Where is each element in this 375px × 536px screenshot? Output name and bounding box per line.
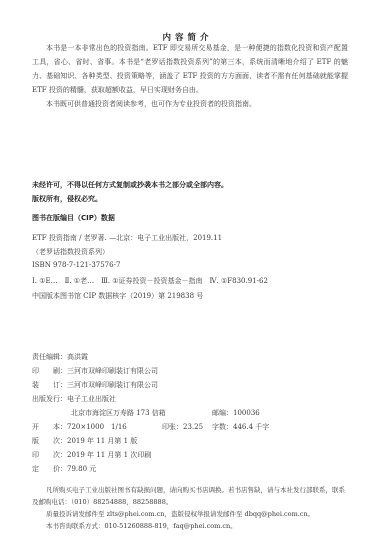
intro-paragraph-2: 本书既可供普通投资者阅读参考，也可作为专业投资者的投资指南。	[32, 97, 348, 111]
publisher-label: 出版发行：	[32, 395, 67, 403]
edition-label: 版 次：	[32, 437, 67, 445]
publisher-value: 电子工业出版社	[67, 395, 116, 403]
postcode-row: 邮编：100036	[212, 407, 260, 419]
words-row: 字数：446.4 千字	[212, 421, 269, 433]
address-row: 北京市海淀区万寿路 173 信箱	[71, 407, 166, 419]
cip-heading: 图书在版编目（CIP）数据	[32, 213, 115, 223]
cip-line-series: （老罗话指数投资系列）	[32, 247, 109, 257]
cip-line-isbn: ISBN 978-7-121-37576-7	[32, 261, 120, 269]
cip-record: 中国版本图书馆 CIP 数据核字（2019）第 219838 号	[32, 291, 203, 301]
format-value: 720×1000 1/16	[67, 423, 127, 431]
notice-contact: 本书咨询联系方式：010-51260888-819，faq@phei.com.c…	[32, 520, 348, 532]
binding-row: 装 订：三河市双峰印刷装订有限公司	[32, 379, 158, 391]
editor-value: 高洪霞	[67, 353, 88, 361]
postcode-value: 100036	[233, 409, 260, 417]
cip-classification: Ⅰ. ①E… Ⅱ. ①老… Ⅲ. ①证券投资－投资基金－指南 Ⅳ. ①F830.…	[32, 276, 268, 286]
price-value: 79.80 元	[67, 465, 96, 473]
price-row: 定 价：79.80 元	[32, 463, 96, 475]
printing-row: 印 刷：三河市双峰印刷装订有限公司	[32, 365, 158, 377]
printing-value: 三河市双峰印刷装订有限公司	[67, 367, 158, 375]
binding-label: 装 订：	[32, 381, 67, 389]
printing-label: 印 刷：	[32, 367, 67, 375]
impression-row: 印 次：2019 年 11 月第 1 次印刷	[32, 449, 151, 461]
publisher-row: 出版发行：电子工业出版社	[32, 393, 116, 405]
format-label: 开 本：	[32, 423, 67, 431]
cip-line-title: ETF 投资指南 / 老罗著. —北京：电子工业出版社，2019.11	[32, 233, 222, 243]
sheets-label: 印张：	[162, 423, 183, 431]
notice-complaints: 质量投诉请发邮件至 zlts@phei.com.cn，盗版侵权举报请发邮件至 d…	[32, 508, 348, 520]
words-value: 446.4 千字	[233, 423, 269, 431]
editor-row: 责任编辑：高洪霞	[32, 351, 88, 363]
sheets-row: 印张：23.25	[162, 421, 203, 433]
edition-value: 2019 年 11 月第 1 版	[67, 437, 137, 445]
edition-row: 版 次：2019 年 11 月第 1 版	[32, 435, 137, 447]
binding-value: 三河市双峰印刷装订有限公司	[67, 381, 158, 389]
notice-returns: 凡所购买电子工业出版社图书有缺损问题，请向购买书店调换。若书店售缺，请与本社发行…	[32, 484, 348, 508]
impression-label: 印 次：	[32, 451, 67, 459]
format-row: 开 本：720×1000 1/16	[32, 421, 127, 433]
copyright-warning: 未经许可，不得以任何方式复制或抄袭本书之部分或全部内容。	[32, 178, 228, 192]
copyright-rights: 版权所有，侵权必究。	[32, 192, 102, 206]
words-label: 字数：	[212, 423, 233, 431]
sheets-value: 23.25	[183, 423, 203, 431]
intro-paragraph-1: 本书是一本非常出色的投资指南。ETF 即交易所交易基金，是一种便捷的指数化投资和…	[32, 41, 348, 97]
editor-label: 责任编辑：	[32, 353, 67, 361]
price-label: 定 价：	[32, 465, 67, 473]
address-value: 北京市海淀区万寿路 173 信箱	[71, 409, 166, 417]
impression-value: 2019 年 11 月第 1 次印刷	[67, 451, 151, 459]
postcode-label: 邮编：	[212, 409, 233, 417]
